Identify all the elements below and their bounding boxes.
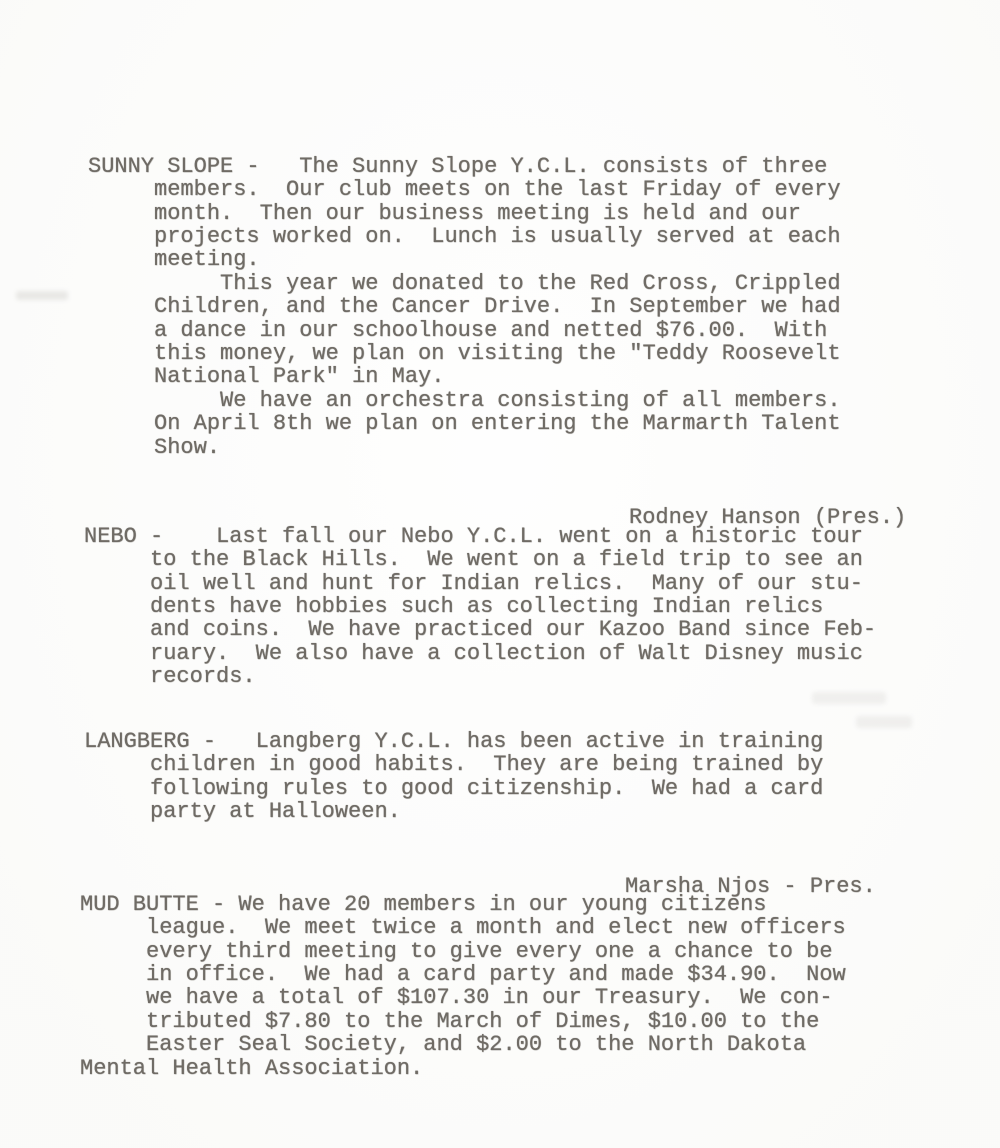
scanned-typewritten-page: SUNNY SLOPE - The Sunny Slope Y.C.L. con…: [0, 0, 1000, 1148]
section-mud-butte: MUD BUTTE - We have 20 members in our yo…: [80, 846, 846, 1127]
typewritten-line: National Park" in May.: [88, 365, 906, 388]
typewritten-line: we have a total of $107.30 in our Treasu…: [80, 986, 846, 1009]
typewritten-line: SUNNY SLOPE - The Sunny Slope Y.C.L. con…: [88, 155, 906, 178]
typewritten-line: this money, we plan on visiting the "Ted…: [88, 342, 906, 365]
typewritten-line: following rules to good citizenship. We …: [84, 777, 876, 800]
typewritten-line: meeting.: [88, 248, 906, 271]
typewritten-line: children in good habits. They are being …: [84, 753, 876, 776]
typewritten-line: in office. We had a card party and made …: [80, 963, 846, 986]
typewritten-line: Easter Seal Society, and $2.00 to the No…: [80, 1033, 846, 1056]
typewritten-line: Children, and the Cancer Drive. In Septe…: [88, 295, 906, 318]
section-nebo-body: NEBO - Last fall our Nebo Y.C.L. went on…: [84, 525, 876, 689]
scan-ghost-text-artifact: [812, 692, 886, 704]
typewritten-line: MUD BUTTE - We have 20 members in our yo…: [80, 893, 846, 916]
typewritten-line: Mental Health Association.: [80, 1057, 846, 1080]
section-sunny-slope-body: SUNNY SLOPE - The Sunny Slope Y.C.L. con…: [88, 155, 906, 459]
typewritten-line: party at Halloween.: [84, 800, 876, 823]
typewritten-line: month. Then our business meeting is held…: [88, 202, 906, 225]
typewritten-line: a dance in our schoolhouse and netted $7…: [88, 319, 906, 342]
typewritten-line: oil well and hunt for Indian relics. Man…: [84, 572, 876, 595]
section-mud-butte-body: MUD BUTTE - We have 20 members in our yo…: [80, 893, 846, 1080]
typewritten-line: This year we donated to the Red Cross, C…: [88, 272, 906, 295]
typewritten-line: Show.: [88, 436, 906, 459]
typewritten-line: league. We meet twice a month and elect …: [80, 916, 846, 939]
typewritten-line: tributed $7.80 to the March of Dimes, $1…: [80, 1010, 846, 1033]
section-langberg-body: LANGBERG - Langberg Y.C.L. has been acti…: [84, 730, 876, 824]
typewritten-line: On April 8th we plan on entering the Mar…: [88, 412, 906, 435]
typewritten-line: ruary. We also have a collection of Walt…: [84, 642, 876, 665]
typewritten-line: and coins. We have practiced our Kazoo B…: [84, 618, 876, 641]
scan-ghost-text-artifact: [856, 716, 912, 728]
typewritten-line: projects worked on. Lunch is usually ser…: [88, 225, 906, 248]
typewritten-line: members. Our club meets on the last Frid…: [88, 178, 906, 201]
typewritten-line: NEBO - Last fall our Nebo Y.C.L. went on…: [84, 525, 876, 548]
typewritten-line: dents have hobbies such as collecting In…: [84, 595, 876, 618]
typewritten-line: to the Black Hills. We went on a field t…: [84, 548, 876, 571]
typewritten-line: We have an orchestra consisting of all m…: [88, 389, 906, 412]
typewritten-line: every third meeting to give every one a …: [80, 940, 846, 963]
typewritten-line: LANGBERG - Langberg Y.C.L. has been acti…: [84, 730, 876, 753]
scan-smudge-artifact: [16, 291, 68, 300]
